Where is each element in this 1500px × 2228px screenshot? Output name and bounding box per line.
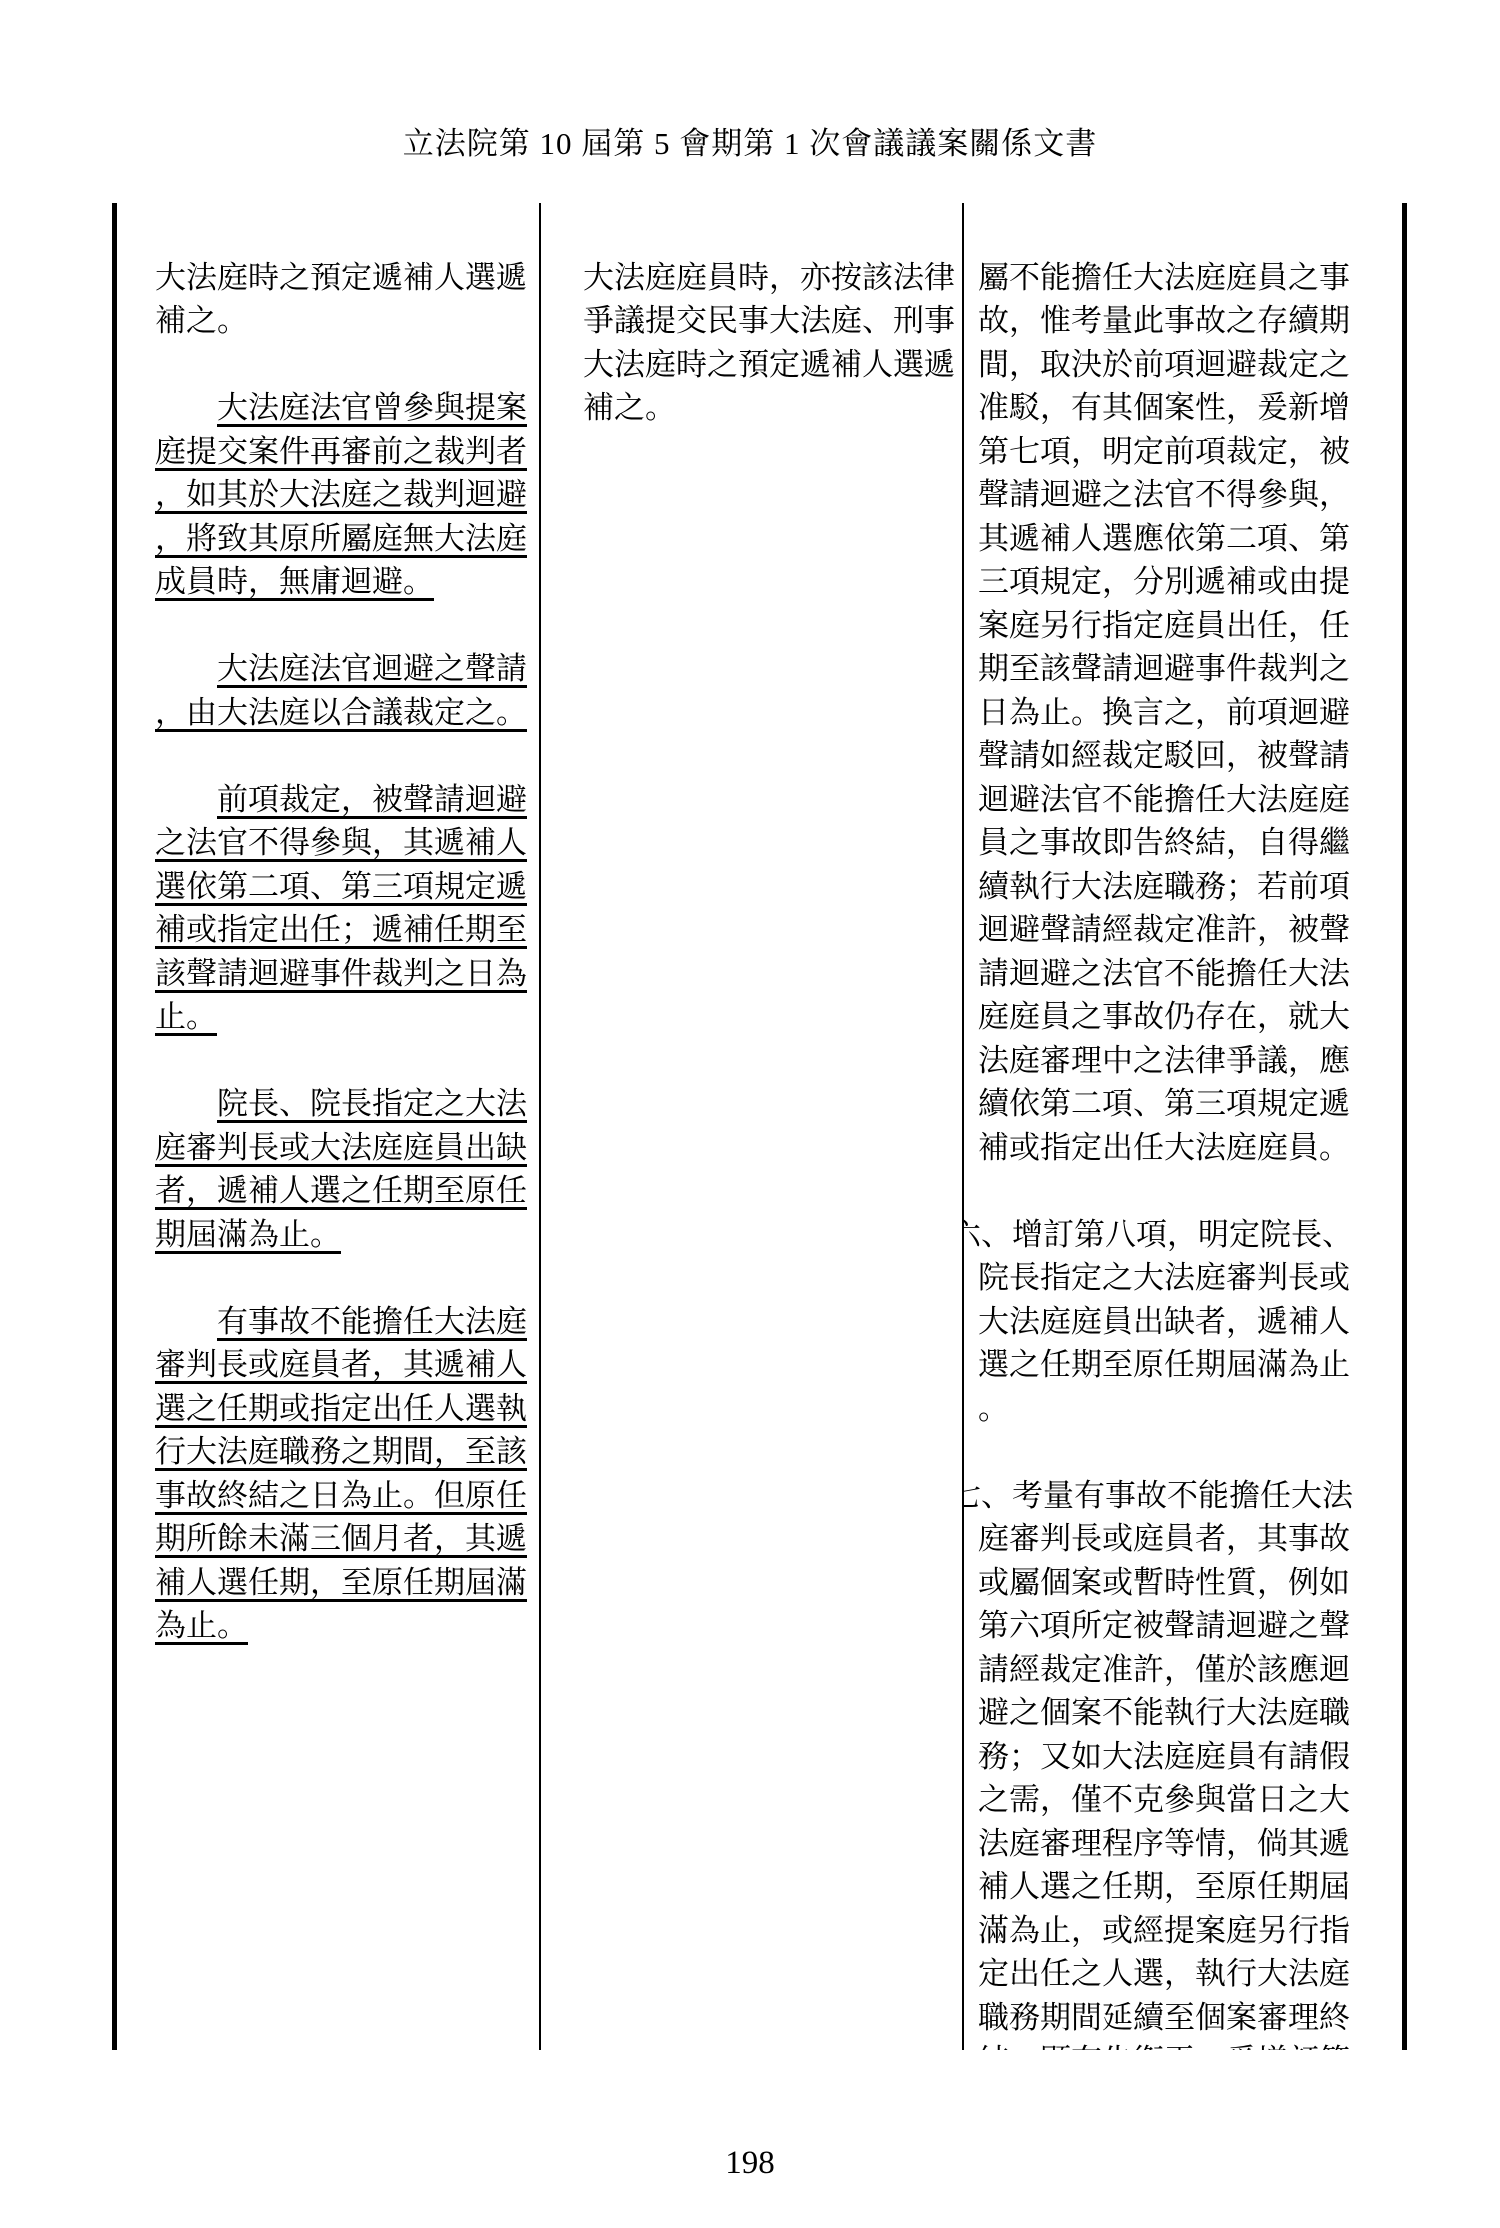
amendment-paragraph-underlined: 前項裁定，被聲請迴避 之法官不得參與，其遞補人 選依第二項、第三項規定遞 補或指… (155, 778, 528, 1039)
law-comparison-table: 大法庭時之預定遞補人選遞 補之。 大法庭法官曾參與提案 庭提交案件再審前之裁判者… (112, 203, 1407, 2050)
amendment-column: 大法庭時之預定遞補人選遞 補之。 大法庭法官曾參與提案 庭提交案件再審前之裁判者… (117, 203, 541, 2050)
explanation-column: 屬不能擔任大法庭庭員之事 故，惟考量此事故之存續期 間，取決於前項迴避裁定之 准… (964, 203, 1402, 2050)
current-law-paragraph: 大法庭庭員時，亦按該法律 爭議提交民事大法庭、刑事 大法庭時之預定遞補人選遞 補… (583, 256, 955, 430)
explanation-paragraph: 屬不能擔任大法庭庭員之事 故，惟考量此事故之存續期 間，取決於前項迴避裁定之 准… (978, 256, 1392, 1170)
page-title: 立法院第 10 屆第 5 會期第 1 次會議議案關係文書 (0, 126, 1500, 162)
amendment-paragraph-underlined: 院長、院長指定之大法 庭審判長或大法庭庭員出缺 者，遞補人選之任期至原任 期屆滿… (155, 1082, 528, 1256)
amendment-paragraph-underlined: 有事故不能擔任大法庭 審判長或庭員者，其遞補人 選之任期或指定出任人選執 行大法… (155, 1300, 528, 1648)
current-law-column: 大法庭庭員時，亦按該法律 爭議提交民事大法庭、刑事 大法庭時之預定遞補人選遞 補… (541, 203, 964, 2050)
amendment-paragraph: 大法庭時之預定遞補人選遞 補之。 (155, 256, 528, 343)
amendment-paragraph-underlined: 大法庭法官迴避之聲請 ，由大法庭以合議裁定之。 (155, 647, 528, 734)
page-number: 198 (0, 2143, 1500, 2183)
amendment-paragraph-underlined: 大法庭法官曾參與提案 庭提交案件再審前之裁判者 ，如其於大法庭之裁判迴避 ，將致… (155, 386, 528, 604)
explanation-item-7: 七、考量有事故不能擔任大法 庭審判長或庭員者，其事故 或屬個案或暫時性質，例如 … (978, 1474, 1392, 2051)
explanation-item-6: 六、增訂第八項，明定院長、 院長指定之大法庭審判長或 大法庭庭員出缺者，遞補人 … (978, 1213, 1392, 1431)
